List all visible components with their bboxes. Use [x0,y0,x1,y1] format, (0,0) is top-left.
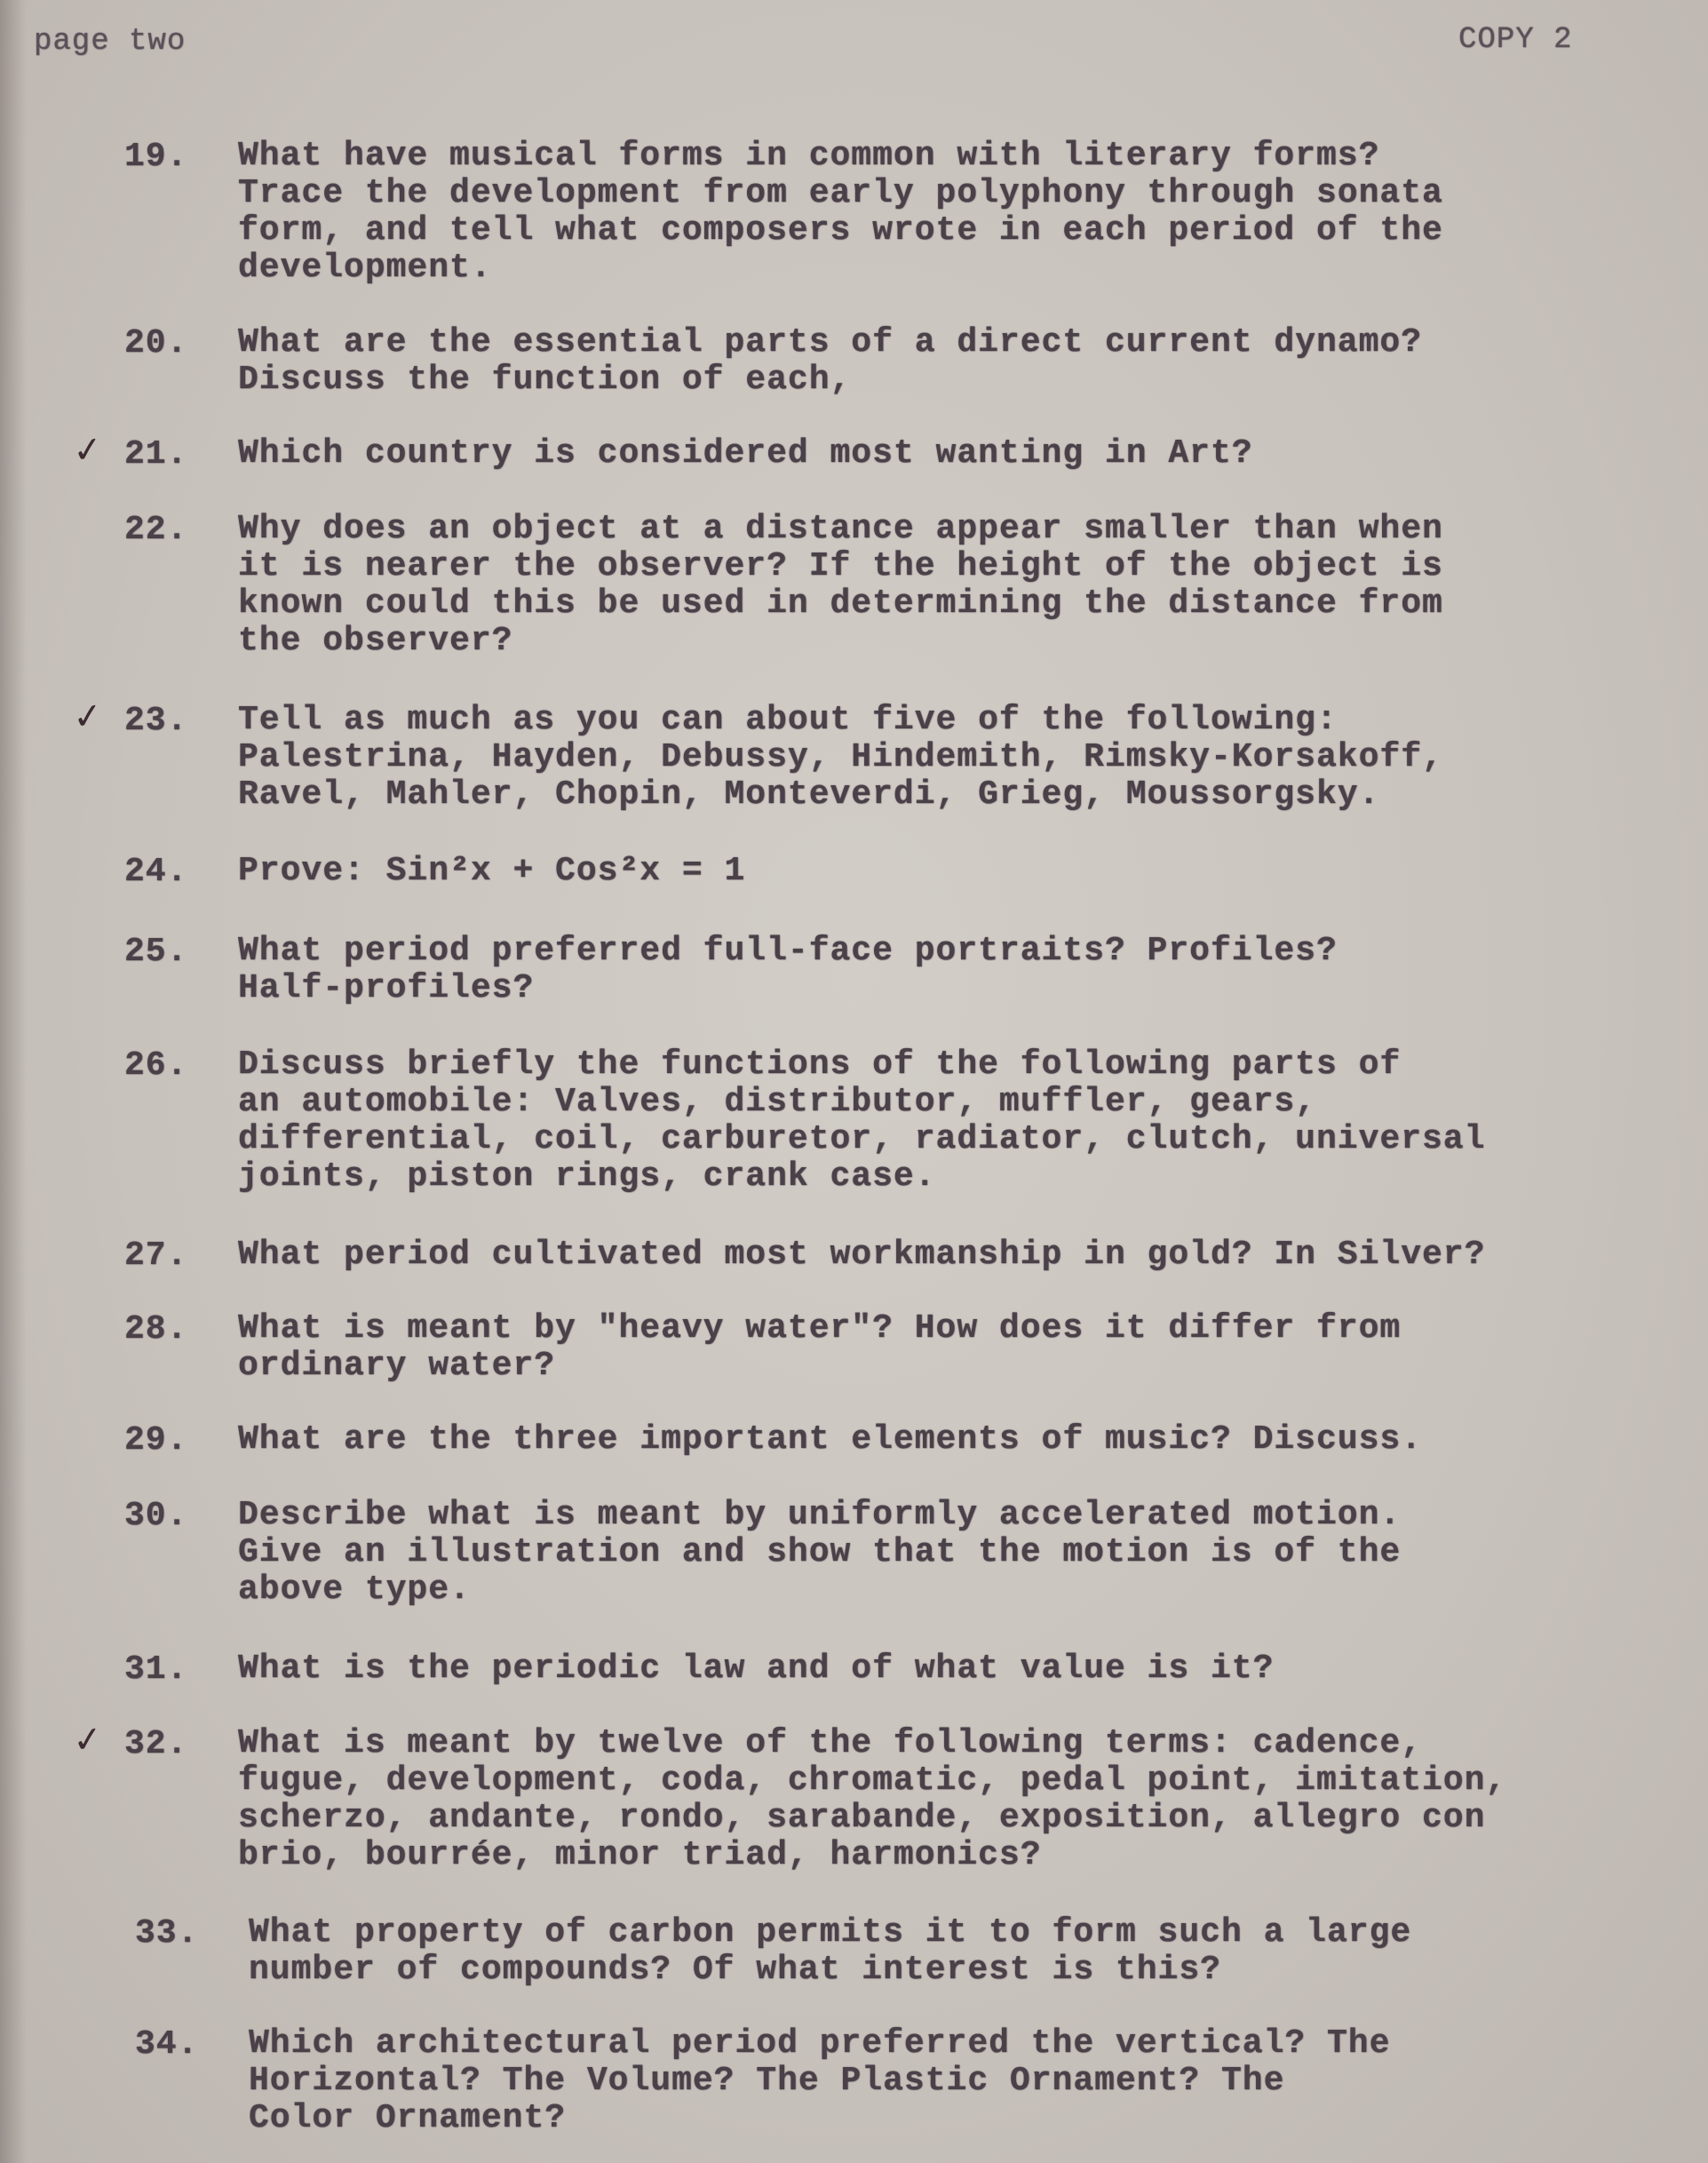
question-number: 27. [124,1237,187,1275]
question-text: Discuss briefly the functions of the fol… [238,1046,1677,1196]
page-edge-shadow [0,0,27,2163]
question-number: 34. [135,2025,198,2064]
question-number: 30. [124,1497,187,1535]
question-text: Which country is considered most wanting… [238,435,1677,473]
question-number: 22. [124,511,187,549]
question-text: What is the periodic law and of what val… [238,1650,1677,1688]
question-text: What are the three important elements of… [238,1421,1677,1459]
page-label: page two [34,25,186,59]
question-text: Prove: Sin²x + Cos²x = 1 [238,853,1677,890]
question-text: Why does an object at a distance appear … [238,511,1677,660]
question-text: What period preferred full-face portrait… [238,933,1677,1007]
question-number: 21. [124,435,187,473]
question-number: 31. [124,1650,187,1689]
question-number: 20. [124,324,187,362]
question-number: 28. [124,1310,187,1348]
question-number: 26. [124,1046,187,1085]
question-text: What is meant by "heavy water"? How does… [238,1310,1677,1385]
checkmark-icon: ✓ [71,1718,105,1761]
question-number: 25. [124,933,187,971]
question-number: 33. [135,1914,198,1952]
question-text: Tell as much as you can about five of th… [238,702,1677,814]
question-text: Describe what is meant by uniformly acce… [238,1497,1677,1609]
copy-label: COPY 2 [1458,23,1572,57]
question-text: What property of carbon permits it to fo… [249,1914,1688,1989]
question-text: What is meant by twelve of the following… [238,1725,1677,1874]
checkmark-icon: ✓ [71,695,105,738]
checkmark-icon: ✓ [71,428,105,472]
question-number: 29. [124,1421,187,1459]
question-text: What are the essential parts of a direct… [238,324,1677,399]
question-number: 23. [124,702,187,740]
question-text: What period cultivated most workmanship … [238,1237,1677,1274]
question-number: 19. [124,138,187,176]
question-text: What have musical forms in common with l… [238,138,1677,287]
question-number: 24. [124,853,187,891]
question-text: Which architectural period preferred the… [249,2025,1688,2137]
question-number: 32. [124,1725,187,1763]
